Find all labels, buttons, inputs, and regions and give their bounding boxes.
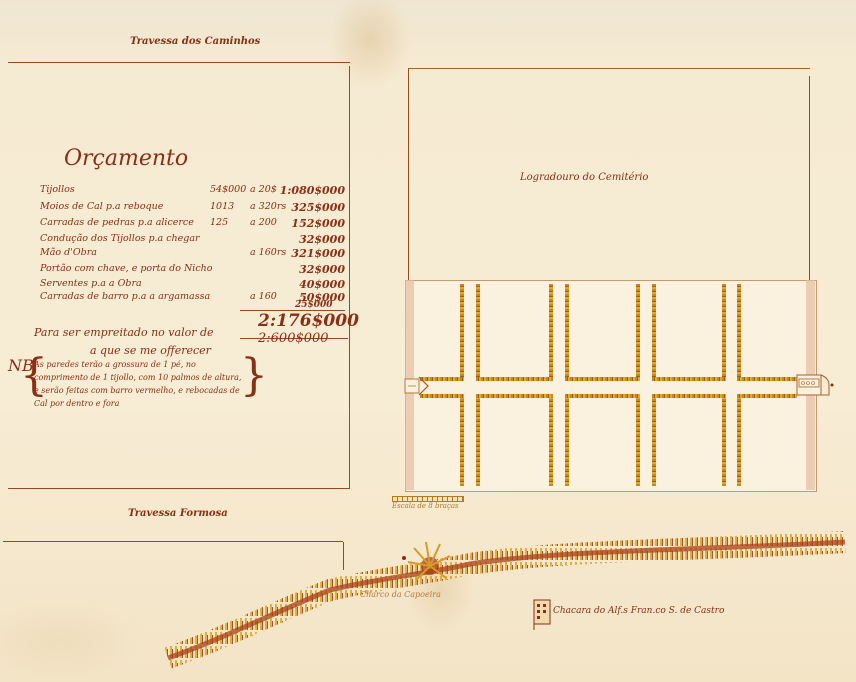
block-right-edge [349,66,350,488]
contract-text: Para ser empreitado no valor de [34,326,214,339]
block-bottom-edge [8,488,350,489]
budget-row: Serventes p.a a Obra 40$000 [40,278,345,292]
budget-row: Tijollos 54$000 a 20$ 1:080$000 [40,184,345,198]
hedge [722,394,726,486]
chapel-icon [795,368,835,402]
hedge [722,284,726,378]
hedge [565,284,569,378]
contract-amount: 2:600$000 [258,331,329,346]
hedge [652,284,656,378]
cemetery-right-edge [809,76,810,280]
hedge [636,394,640,486]
hedge [565,394,569,486]
hedge [549,284,553,378]
street-label-middle: Travessa Formosa [128,508,228,519]
budget-row: Mão d'Obra a 160rs 321$000 [40,247,345,261]
hedge [476,377,553,381]
hedge [737,394,741,486]
block-top-edge [8,62,350,63]
street-label-top: Travessa dos Caminhos [130,36,260,47]
budget-extra-amount: 25$000 [295,300,333,310]
estate-label: Chacara do Alf.s Fran.co S. de Castro [553,606,724,616]
budget-title: Orçamento [64,146,188,171]
hedge [476,394,553,398]
hedge [460,394,464,486]
house-icon [532,598,554,630]
hedge [460,284,464,378]
hedge [652,394,726,398]
budget-row: Moios de Cal p.a reboque 1013 a 320rs 32… [40,201,345,215]
budget-row: Portão com chave, e porta do Nicho 32$00… [40,263,345,277]
nb-text: As paredes terão a grossura de 1 pé, no … [34,358,246,410]
hedge [476,394,480,486]
cemetery-top-edge [408,68,810,69]
gate-icon [404,374,432,398]
cemetery-left-edge [408,68,409,280]
stream-label: Charco da Capoeira [360,590,441,599]
hedge [565,377,640,381]
nb-brace-close: } [240,354,268,398]
budget-row: Condução dos Tijollos p.a chegar 32$000 [40,233,345,247]
hedge [737,284,741,378]
cemetery-area-label: Logradouro do Cemitério [520,172,648,183]
scale-label: Escala de 8 braças [392,502,459,510]
hedge [737,394,797,398]
hedge [737,377,797,381]
hedge [652,394,656,486]
hedge [549,394,553,486]
hedge [565,394,640,398]
budget-total: 2:176$000 [258,311,359,331]
cemetery-plan [405,280,817,492]
contract-note: a que se me offerecer [90,344,211,357]
map-sheet: Travessa dos Caminhos Orçamento Tijollos… [0,0,856,682]
hedge [636,284,640,378]
hedge [652,377,726,381]
budget-row: Carradas de pedras p.a alicerce 125 a 20… [40,217,345,231]
hedge [476,284,480,378]
